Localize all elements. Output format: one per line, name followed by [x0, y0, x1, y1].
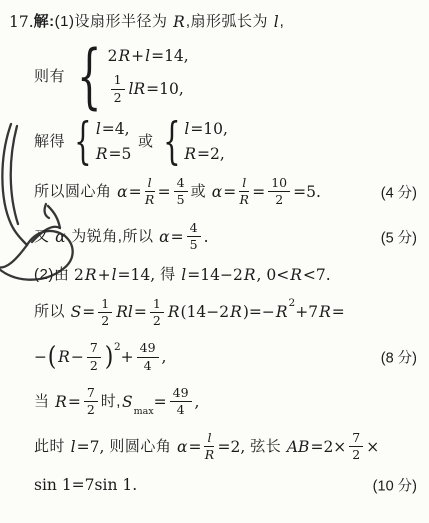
- fraction-denominator: 2: [90, 358, 98, 373]
- math-run: =: [171, 228, 184, 246]
- fraction-denominator: 2: [101, 313, 109, 328]
- solutions-line: 解得{l=4,R=5 或{l=10,R=2,: [34, 119, 423, 164]
- fraction: 12: [111, 73, 125, 105]
- math-run: 2: [74, 266, 84, 284]
- text-run: (1)设扇形半径为: [55, 12, 173, 32]
- text-run: 得: [160, 265, 180, 285]
- math-run: ,: [195, 393, 200, 411]
- math-run: =7,: [77, 438, 110, 456]
- math-run: <7.: [303, 266, 331, 284]
- fraction-numerator: 1: [98, 297, 112, 313]
- text-run: 为锐角,所以: [67, 227, 159, 247]
- fraction-numerator: 7: [84, 386, 98, 402]
- math-variable: l: [111, 266, 118, 284]
- math-run: =: [82, 303, 95, 321]
- fraction-denominator: 2: [87, 402, 95, 417]
- fraction-numerator: 7: [87, 341, 101, 357]
- math-variable: Rl: [115, 303, 134, 321]
- text-run: 此时: [34, 437, 70, 457]
- math-run: (14−2: [181, 303, 230, 321]
- system-rows: l=10,R=2,: [183, 120, 228, 163]
- math-run: =: [223, 183, 236, 201]
- central-angle-line: 所以圆心角 α=lR=45或 α=lR=102=5.(4 分): [34, 175, 423, 209]
- math-variable: R: [275, 303, 289, 321]
- fraction: lR: [204, 431, 214, 463]
- math-variable: S: [70, 303, 83, 321]
- math-run: =: [332, 303, 345, 321]
- fraction-numerator: 49: [137, 341, 159, 357]
- part2-intro-line: (2)由 2R+l=14, 得 l=14−2R, 0<R<7.: [34, 265, 423, 285]
- math-variable: α: [211, 183, 223, 201]
- equation-system: {2R+l=14,12lR=10,: [67, 45, 189, 108]
- system-row: R=2,: [183, 145, 228, 163]
- math-run: =10,: [146, 80, 184, 98]
- fraction-denominator: R: [145, 192, 154, 207]
- fraction-numerator: 49: [170, 386, 192, 402]
- math-run: =14−2: [187, 266, 243, 284]
- math-run: =2,: [217, 438, 250, 456]
- math-run: sin 1=7sin 1.: [34, 476, 137, 494]
- fraction: 72: [87, 341, 101, 373]
- math-run: , 0<: [256, 266, 289, 284]
- fraction-numerator: 4: [174, 176, 188, 192]
- math-variable: S: [121, 393, 134, 411]
- max-area-line: 当 R=72时,Smax=494,: [34, 385, 423, 419]
- math-run: =10,: [190, 120, 228, 138]
- math-variable: α: [158, 228, 170, 246]
- acute-angle-line: 又 α 为锐角,所以 α=45.(5 分): [34, 220, 423, 254]
- text-run: (2)由: [34, 265, 74, 285]
- superscript: 2: [289, 297, 296, 309]
- fraction-denominator: 2: [114, 90, 122, 105]
- math-variable: l: [144, 47, 151, 65]
- math-variable: R: [167, 303, 181, 321]
- fraction: lR: [239, 176, 249, 208]
- math-run: =: [158, 183, 171, 201]
- fraction-denominator: R: [205, 447, 214, 462]
- math-run: +: [98, 266, 111, 284]
- final-answer-line: sin 1=7sin 1.(10 分): [34, 475, 423, 495]
- fraction: 494: [170, 386, 192, 418]
- math-run: =5: [109, 145, 132, 163]
- math-run: =: [68, 393, 81, 411]
- math-variable: R: [318, 303, 332, 321]
- math-variable: α: [116, 183, 128, 201]
- math-run: )=−: [243, 303, 275, 321]
- text-run: 又: [34, 227, 54, 247]
- fraction-numerator: 1: [111, 73, 125, 89]
- math-variable: R: [243, 266, 257, 284]
- math-run: =14,: [118, 266, 161, 284]
- fraction-numerator: 10: [268, 176, 290, 192]
- fraction-denominator: 2: [275, 192, 283, 207]
- fraction-denominator: 4: [177, 402, 185, 417]
- text-run: 或: [191, 182, 211, 202]
- math-variable: R: [183, 145, 197, 163]
- text-run: 弦长: [250, 437, 286, 457]
- math-run: =4,: [102, 120, 130, 138]
- text-run: 所以: [34, 302, 70, 322]
- math-variable: R: [117, 47, 131, 65]
- equation-system: {l=4,R=5: [67, 119, 131, 164]
- math-run: =14,: [151, 47, 189, 65]
- text-run: 时,: [101, 392, 121, 412]
- math-run: −: [71, 348, 84, 366]
- system-row: 12lR=10,: [108, 72, 189, 106]
- fraction-numerator: 1: [150, 297, 164, 313]
- math-variable: l: [180, 266, 187, 284]
- scanned-solution-page: { "page": { "background": "#fcfcf9", "in…: [0, 0, 429, 523]
- text-run: 则有: [34, 67, 65, 87]
- fraction: 12: [150, 297, 164, 329]
- fraction-denominator: R: [240, 192, 249, 207]
- math-run: =2,: [197, 145, 225, 163]
- problem-heading: 17.解:(1)设扇形半径为 R,扇形弧长为 l,: [9, 12, 423, 32]
- fraction-numerator: 4: [187, 221, 201, 237]
- fraction-denominator: 5: [190, 237, 198, 252]
- math-run: =: [134, 303, 147, 321]
- fraction: 12: [98, 297, 112, 329]
- math-variable: l: [70, 438, 77, 456]
- score-badge: (10 分): [373, 474, 417, 495]
- brace-icon: {: [77, 45, 102, 108]
- completed-square-line: −(R−72)2+494,(8 分): [34, 340, 423, 374]
- math-variable: R: [54, 393, 68, 411]
- math-run: ,: [162, 348, 167, 366]
- math-run: =: [252, 183, 265, 201]
- fraction: lR: [145, 176, 155, 208]
- math-run: +: [131, 47, 144, 65]
- system-rows: l=4,R=5: [95, 120, 132, 163]
- math-run: =: [154, 393, 167, 411]
- math-run: =: [188, 438, 201, 456]
- text-run: 解得: [34, 132, 65, 152]
- fraction-numerator: l: [239, 176, 249, 192]
- big-paren: ): [105, 344, 114, 370]
- math-variable: l: [273, 13, 280, 31]
- math-run: =5.: [293, 183, 321, 201]
- fraction-denominator: 4: [144, 358, 152, 373]
- math-run: +7: [295, 303, 318, 321]
- math-variable: AB: [286, 438, 311, 456]
- text-run: 则圆心角: [109, 437, 176, 457]
- big-paren: (: [48, 344, 57, 370]
- score-badge: (4 分): [381, 181, 417, 202]
- fraction: 494: [137, 341, 159, 373]
- text-run-bold: 解:: [34, 12, 55, 32]
- superscript: 2: [114, 341, 121, 353]
- math-variable: l: [95, 120, 102, 138]
- fraction-numerator: l: [145, 176, 155, 192]
- system-of-equations-line: 则有{2R+l=14,12lR=10,: [34, 45, 423, 108]
- solution-document: 17.解:(1)设扇形半径为 R,扇形弧长为 l,则有{2R+l=14,12lR…: [0, 0, 429, 495]
- math-variable: l: [183, 120, 190, 138]
- text-run: 所以圆心角: [34, 182, 116, 202]
- math-run: −: [34, 348, 47, 366]
- math-run: =2×: [310, 438, 346, 456]
- fraction: 45: [174, 176, 188, 208]
- system-row: 2R+l=14,: [108, 47, 189, 65]
- chord-length-line: 此时 l=7, 则圆心角 α=lR=2, 弦长 AB=2×72×: [34, 430, 423, 464]
- score-badge: (8 分): [381, 347, 417, 368]
- math-variable: R: [289, 266, 303, 284]
- brace-icon: {: [163, 119, 180, 164]
- area-formula-line: 所以 S=12Rl=12R(14−2R)=−R2+7R=: [34, 296, 423, 330]
- math-variable: R: [95, 145, 109, 163]
- text-run: 或: [133, 132, 153, 152]
- fraction-denominator: 2: [352, 447, 360, 462]
- math-run: ×: [366, 438, 379, 456]
- fraction: 72: [84, 386, 98, 418]
- math-variable: R: [57, 348, 71, 366]
- math-variable: R: [84, 266, 98, 284]
- fraction-numerator: l: [204, 431, 214, 447]
- fraction-denominator: 5: [177, 192, 185, 207]
- math-run: 17.: [9, 13, 34, 31]
- text-run: ,: [280, 12, 285, 32]
- math-run: .: [204, 228, 209, 246]
- fraction: 102: [268, 176, 290, 208]
- system-row: l=10,: [183, 120, 228, 138]
- system-row: R=5: [95, 145, 132, 163]
- fraction: 45: [187, 221, 201, 253]
- score-badge: (5 分): [381, 226, 417, 247]
- math-run: +: [121, 348, 134, 366]
- math-run: 2: [108, 47, 118, 65]
- fraction-denominator: 2: [153, 313, 161, 328]
- math-variable: R: [172, 13, 186, 31]
- text-run: 当: [34, 392, 54, 412]
- math-variable: R: [229, 303, 243, 321]
- system-row: l=4,: [95, 120, 132, 138]
- text-run: ,扇形弧长为: [186, 12, 273, 32]
- system-rows: 2R+l=14,12lR=10,: [108, 47, 189, 106]
- math-run: =: [129, 183, 142, 201]
- fraction-numerator: 7: [349, 431, 363, 447]
- math-variable: lR: [128, 80, 147, 98]
- math-variable: α: [176, 438, 188, 456]
- brace-icon: {: [74, 119, 91, 164]
- equation-system: {l=10,R=2,: [156, 119, 228, 164]
- fraction: 72: [349, 431, 363, 463]
- subscript: max: [134, 406, 154, 417]
- math-variable: α: [54, 228, 66, 246]
